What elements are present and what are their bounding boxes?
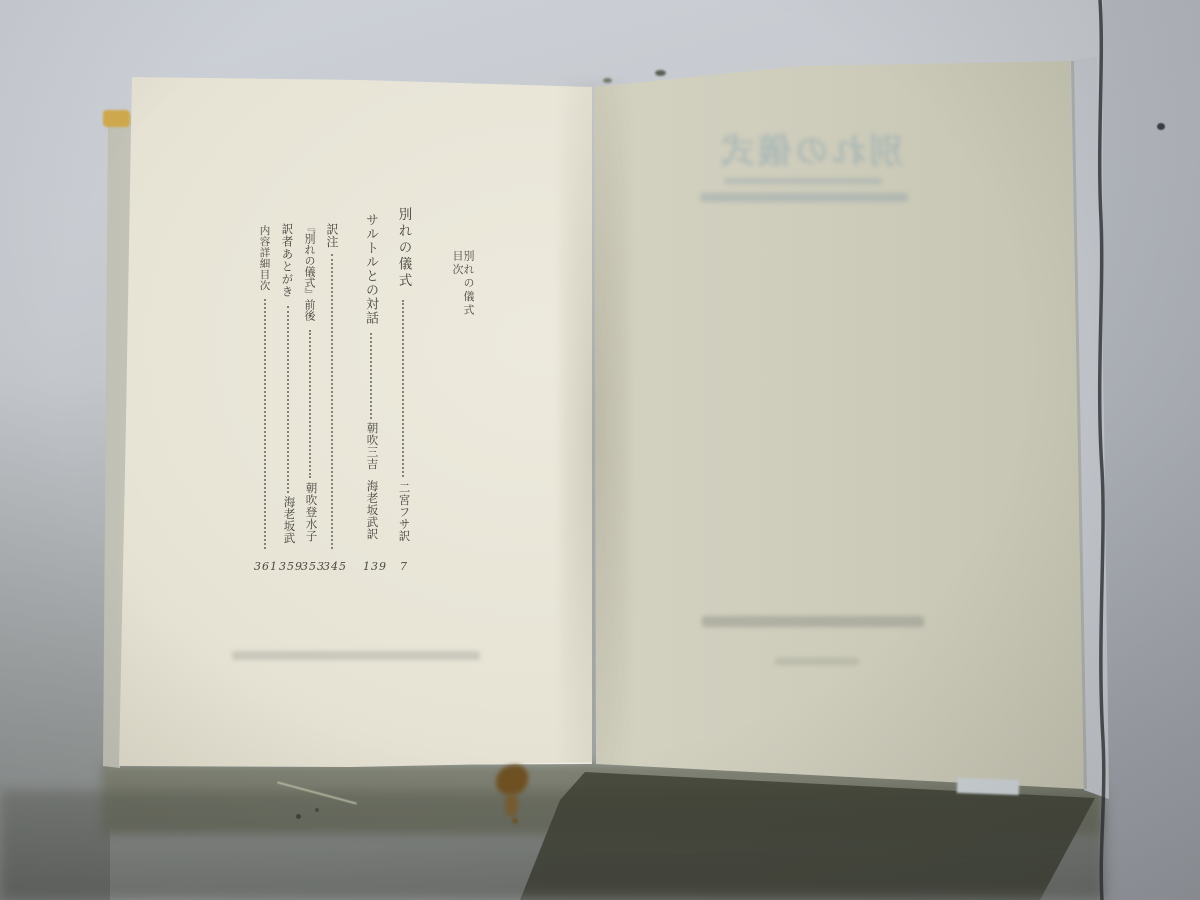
surface-seam-crack [0,0,1200,900]
toc-header-label: 目次 [451,250,464,277]
page-edge-speck [603,78,612,83]
toc-page-number: 7 [400,560,408,573]
show-through-line [700,193,908,202]
toc-page-number: 345 [323,560,347,573]
surface-speck [1157,123,1165,130]
toc-leader-dots [264,299,266,549]
surface-speck [296,814,301,819]
toc-translator: 朝吹登水子 [305,482,317,542]
toc-translator: 海老坂武訳 [366,480,378,540]
toc-page-number: 361 [254,560,278,573]
toc-leader-dots [287,306,289,493]
toc-translator: 海老坂武 [283,496,295,544]
show-through-line [775,658,859,665]
brown-stain-dot [512,818,518,824]
toc-entry-title: サルトルとの対話 [364,213,377,325]
toc-leader-dots [309,330,311,478]
toc-leader-dots [402,300,404,477]
toc-page-number: 139 [363,560,387,573]
toc-translator: 朝吹三吉 [366,422,378,470]
toc-page-number: 353 [301,560,325,573]
toc-header: 別れの儀式 目次 [452,250,474,318]
toc-entry-title: 『別れの儀式』前後 [304,222,315,321]
toc-entry-title: 訳注 [326,223,338,248]
toc-entry-title: 内容詳細目次 [259,225,270,291]
surface-speck [315,808,319,812]
page-edge-speck [655,70,666,76]
show-through-text-left-page [232,651,480,660]
toc-entry-title: 別れの儀式 [396,207,410,290]
show-through-title: 別れの儀式 [708,124,913,174]
toc-entry-title: 訳者あとがき [281,223,293,298]
toc-translator: 二宮フサ訳 [398,482,410,542]
show-through-line [702,616,924,627]
show-through-line [724,178,882,184]
toc-leader-dots [370,333,372,419]
brown-stain-drip [505,793,518,817]
toc-leader-dots [331,254,333,549]
toc-page-number: 359 [279,560,303,573]
open-book-photo: 別れの儀式 目次 別れの儀式 二宮フサ訳 7 サルトルとの対話 朝吹三吉 海老坂… [0,0,1200,900]
